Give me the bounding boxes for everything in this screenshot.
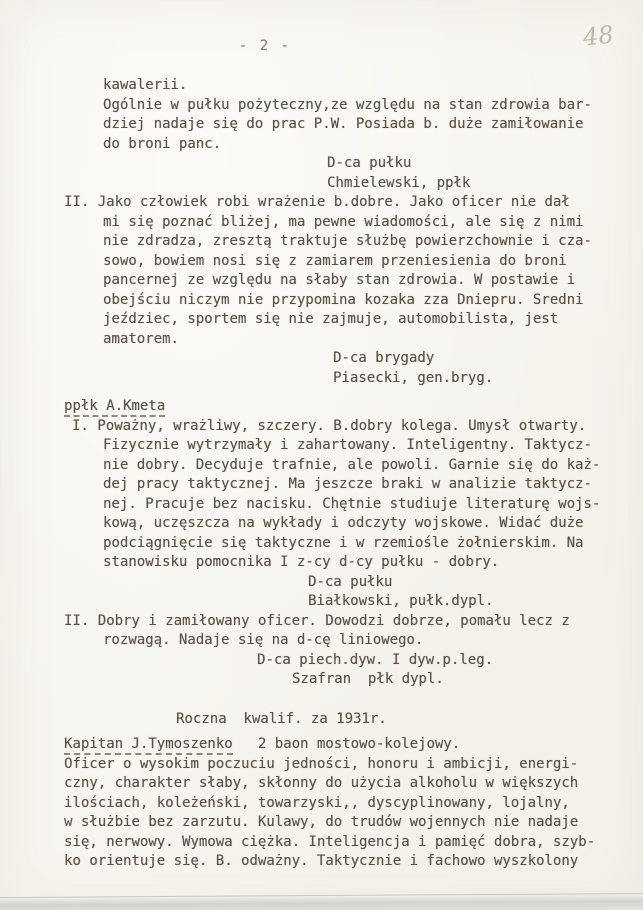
document-line: Oficer o wysokim poczuciu jedności, hono… [0, 755, 643, 775]
document-line: Szafran płk dypl. [0, 670, 643, 690]
document-line: jeździec, sportem się nie zajmuje, autom… [0, 310, 643, 330]
document-line: dziej nadaje się do prac P.W. Posiada b.… [0, 115, 643, 135]
document-line: ilościach, koleżeński, towarzyski,, dysc… [0, 794, 643, 814]
page-number: - 2 - [0, 38, 530, 54]
document-line: D-ca piech.dyw. I dyw.p.leg. [0, 651, 643, 671]
document-line: podciągnięcie się taktyczne i w rzemiośl… [0, 534, 643, 554]
document-line: Fizycznie wytrzymały i zahartowany. Inte… [0, 436, 643, 456]
document-line: amatorem. [0, 330, 643, 350]
document-line: Białkowski, pułk.dypl. [0, 592, 643, 612]
document-line: do broni panc. [0, 135, 643, 155]
document-line: sowo, bowiem nosi się z zamiarem przenie… [0, 252, 643, 272]
document-line: Chmielewski, ppłk [0, 174, 643, 194]
document-line: kową, uczęszcza na wykłady i odczyty woj… [0, 514, 643, 534]
document-line: ppłk A.Kmeta [0, 397, 643, 417]
document-line: dej pracy taktycznej. Ma jeszcze braki w… [0, 475, 643, 495]
document-line: Piasecki, gen.bryg. [0, 369, 643, 389]
document-line: obejściu niczym nie przypomina kozaka zz… [0, 291, 643, 311]
document-line: I. Poważny, wrażliwy, szczery. B.dobry k… [0, 417, 643, 437]
document-line: II. Jako człowiek robi wrażenie b.dobre.… [0, 193, 643, 213]
document-line: D-ca pułku [0, 154, 643, 174]
document-line: ko orientuje się. B. odważny. Taktycznie… [0, 852, 643, 872]
document-line: stanowisku pomocnika I z-cy d-cy pułku -… [0, 553, 643, 573]
document-line: się, nerwowy. Wymowa ciężka. Inteligencj… [0, 833, 643, 853]
document-lines: kawalerii.Ogólnie w pułku pożyteczny,ze … [0, 76, 643, 872]
document-line: Roczna kwalif. za 1931r. [0, 710, 643, 730]
document-line: kawalerii. [0, 76, 643, 96]
document-line: pancernej ze względu na słaby stan zdrow… [0, 271, 643, 291]
underlined-name: ppłk A.Kmeta [64, 398, 165, 417]
document-line: rozwagą. Nadaje się na d-cę liniowego. [0, 631, 643, 651]
document-line: nej. Pracuje bez nacisku. Chętnie studiu… [0, 495, 643, 515]
document-line: mi się poznać bliżej, ma pewne wiadomośc… [0, 213, 643, 233]
document-line: D-ca brygady [0, 349, 643, 369]
document-line: Kapitan J.Tymoszenko 2 baon mostowo-kole… [0, 735, 643, 755]
document-line: D-ca pułku [0, 573, 643, 593]
document-line: Ogólnie w pułku pożyteczny,ze względu na… [0, 96, 643, 116]
document-line: w służbie bez zarzutu. Kulawy, do trudów… [0, 813, 643, 833]
handwritten-page-annotation: 48 [581, 20, 615, 52]
scan-edge [0, 893, 643, 910]
document-line: II. Dobry i zamiłowany oficer. Dowodzi d… [0, 612, 643, 632]
document-line: czny, charakter słaby, skłonny do użycia… [0, 774, 643, 794]
underlined-name: Kapitan J.Tymoszenko [64, 736, 233, 755]
document-line: nie dobry. Decyduje trafnie, ale powoli.… [0, 456, 643, 476]
document-line: nie zdradza, zresztą traktuje służbę pow… [0, 232, 643, 252]
document-page: - 2 - 48 kawalerii.Ogólnie w pułku pożyt… [0, 0, 643, 910]
